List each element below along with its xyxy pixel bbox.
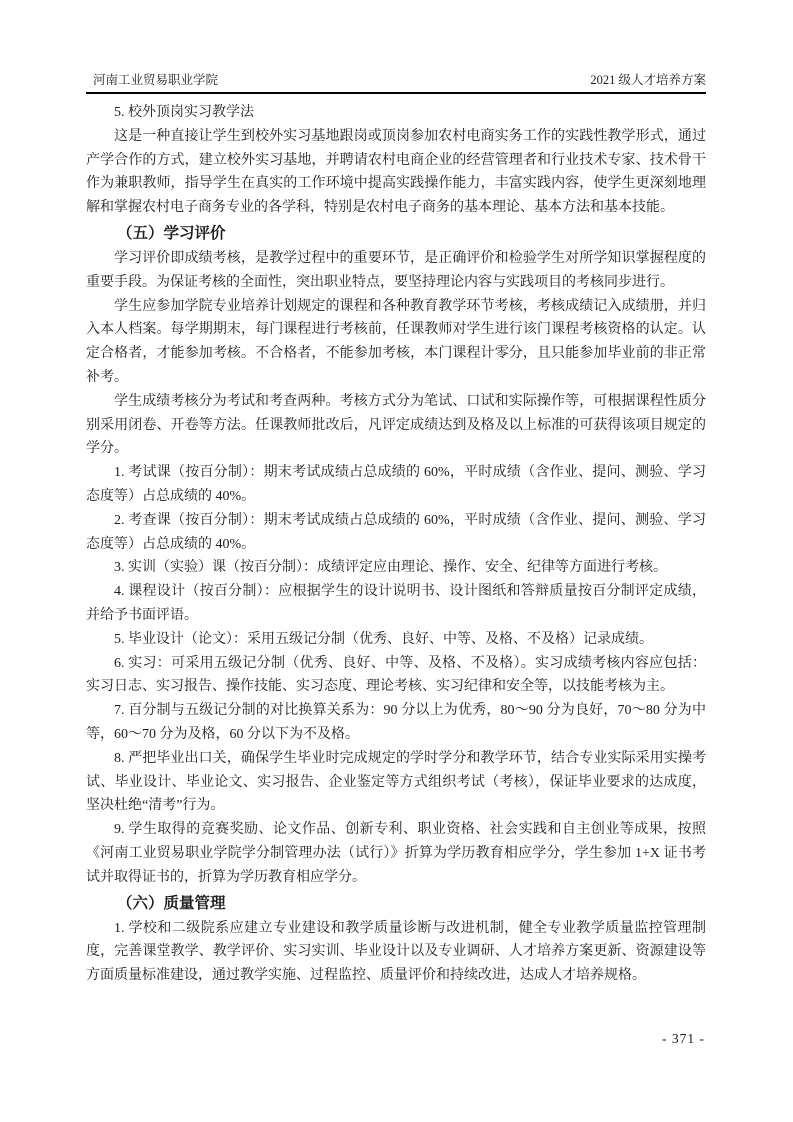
list-item: 5. 校外顶岗实习教学法 [86, 101, 706, 125]
document-body: 5. 校外顶岗实习教学法 这是一种直接让学生到校外实习基地跟岗或顶岗参加农村电商… [86, 101, 706, 988]
paragraph: 这是一种直接让学生到校外实习基地跟岗或顶岗参加农村电商实务工作的实践性教学形式，… [86, 125, 706, 220]
document-page: 河南工业贸易职业学院 2021 级人才培养方案 5. 校外顶岗实习教学法 这是一… [0, 0, 793, 1122]
header-school-name: 河南工业贸易职业学院 [86, 72, 218, 88]
list-item: 7. 百分制与五级记分制的对比换算关系为：90 分以上为优秀，80～90 分为良… [86, 699, 706, 747]
list-item: 1. 学校和二级院系应建立专业建设和教学质量诊断与改进机制，健全专业教学质量监控… [86, 917, 706, 988]
list-item: 4. 课程设计（按百分制）：应根据学生的设计说明书、设计图纸和答辩质量按百分制评… [86, 580, 706, 628]
page-number: - 371 - [662, 1031, 705, 1047]
paragraph: 学习评价即成绩考核，是教学过程中的重要环节，是正确评价和检验学生对所学知识掌握程… [86, 247, 706, 295]
list-item: 2. 考查课（按百分制）：期末考试成绩占总成绩的 60%，平时成绩（含作业、提问… [86, 509, 706, 557]
list-item: 6. 实习：可采用五级记分制（优秀、良好、中等、及格、不及格）。实习成绩考核内容… [86, 652, 706, 700]
section-heading: （六）质量管理 [86, 892, 706, 916]
list-item: 5. 毕业设计（论文）：采用五级记分制（优秀、良好、中等、及格、不及格）记录成绩… [86, 628, 706, 652]
section-heading: （五）学习评价 [86, 222, 706, 246]
list-item: 9. 学生取得的竞赛奖励、论文作品、创新专利、职业资格、社会实践和自主创业等成果… [86, 818, 706, 889]
header-plan-label: 2021 级人才培养方案 [590, 72, 706, 88]
page-header: 河南工业贸易职业学院 2021 级人才培养方案 [86, 72, 706, 94]
paragraph: 学生成绩考核分为考试和考查两种。考核方式分为笔试、口试和实际操作等，可根据课程性… [86, 390, 706, 461]
paragraph: 学生应参加学院专业培养计划规定的课程和各种教育教学环节考核，考核成绩记入成绩册，… [86, 295, 706, 390]
list-item: 1. 考试课（按百分制）：期末考试成绩占总成绩的 60%，平时成绩（含作业、提问… [86, 461, 706, 509]
list-item: 8. 严把毕业出口关，确保学生毕业时完成规定的学时学分和教学环节，结合专业实际采… [86, 747, 706, 818]
list-item: 3. 实训（实验）课（按百分制）：成绩评定应由理论、操作、安全、纪律等方面进行考… [86, 556, 706, 580]
